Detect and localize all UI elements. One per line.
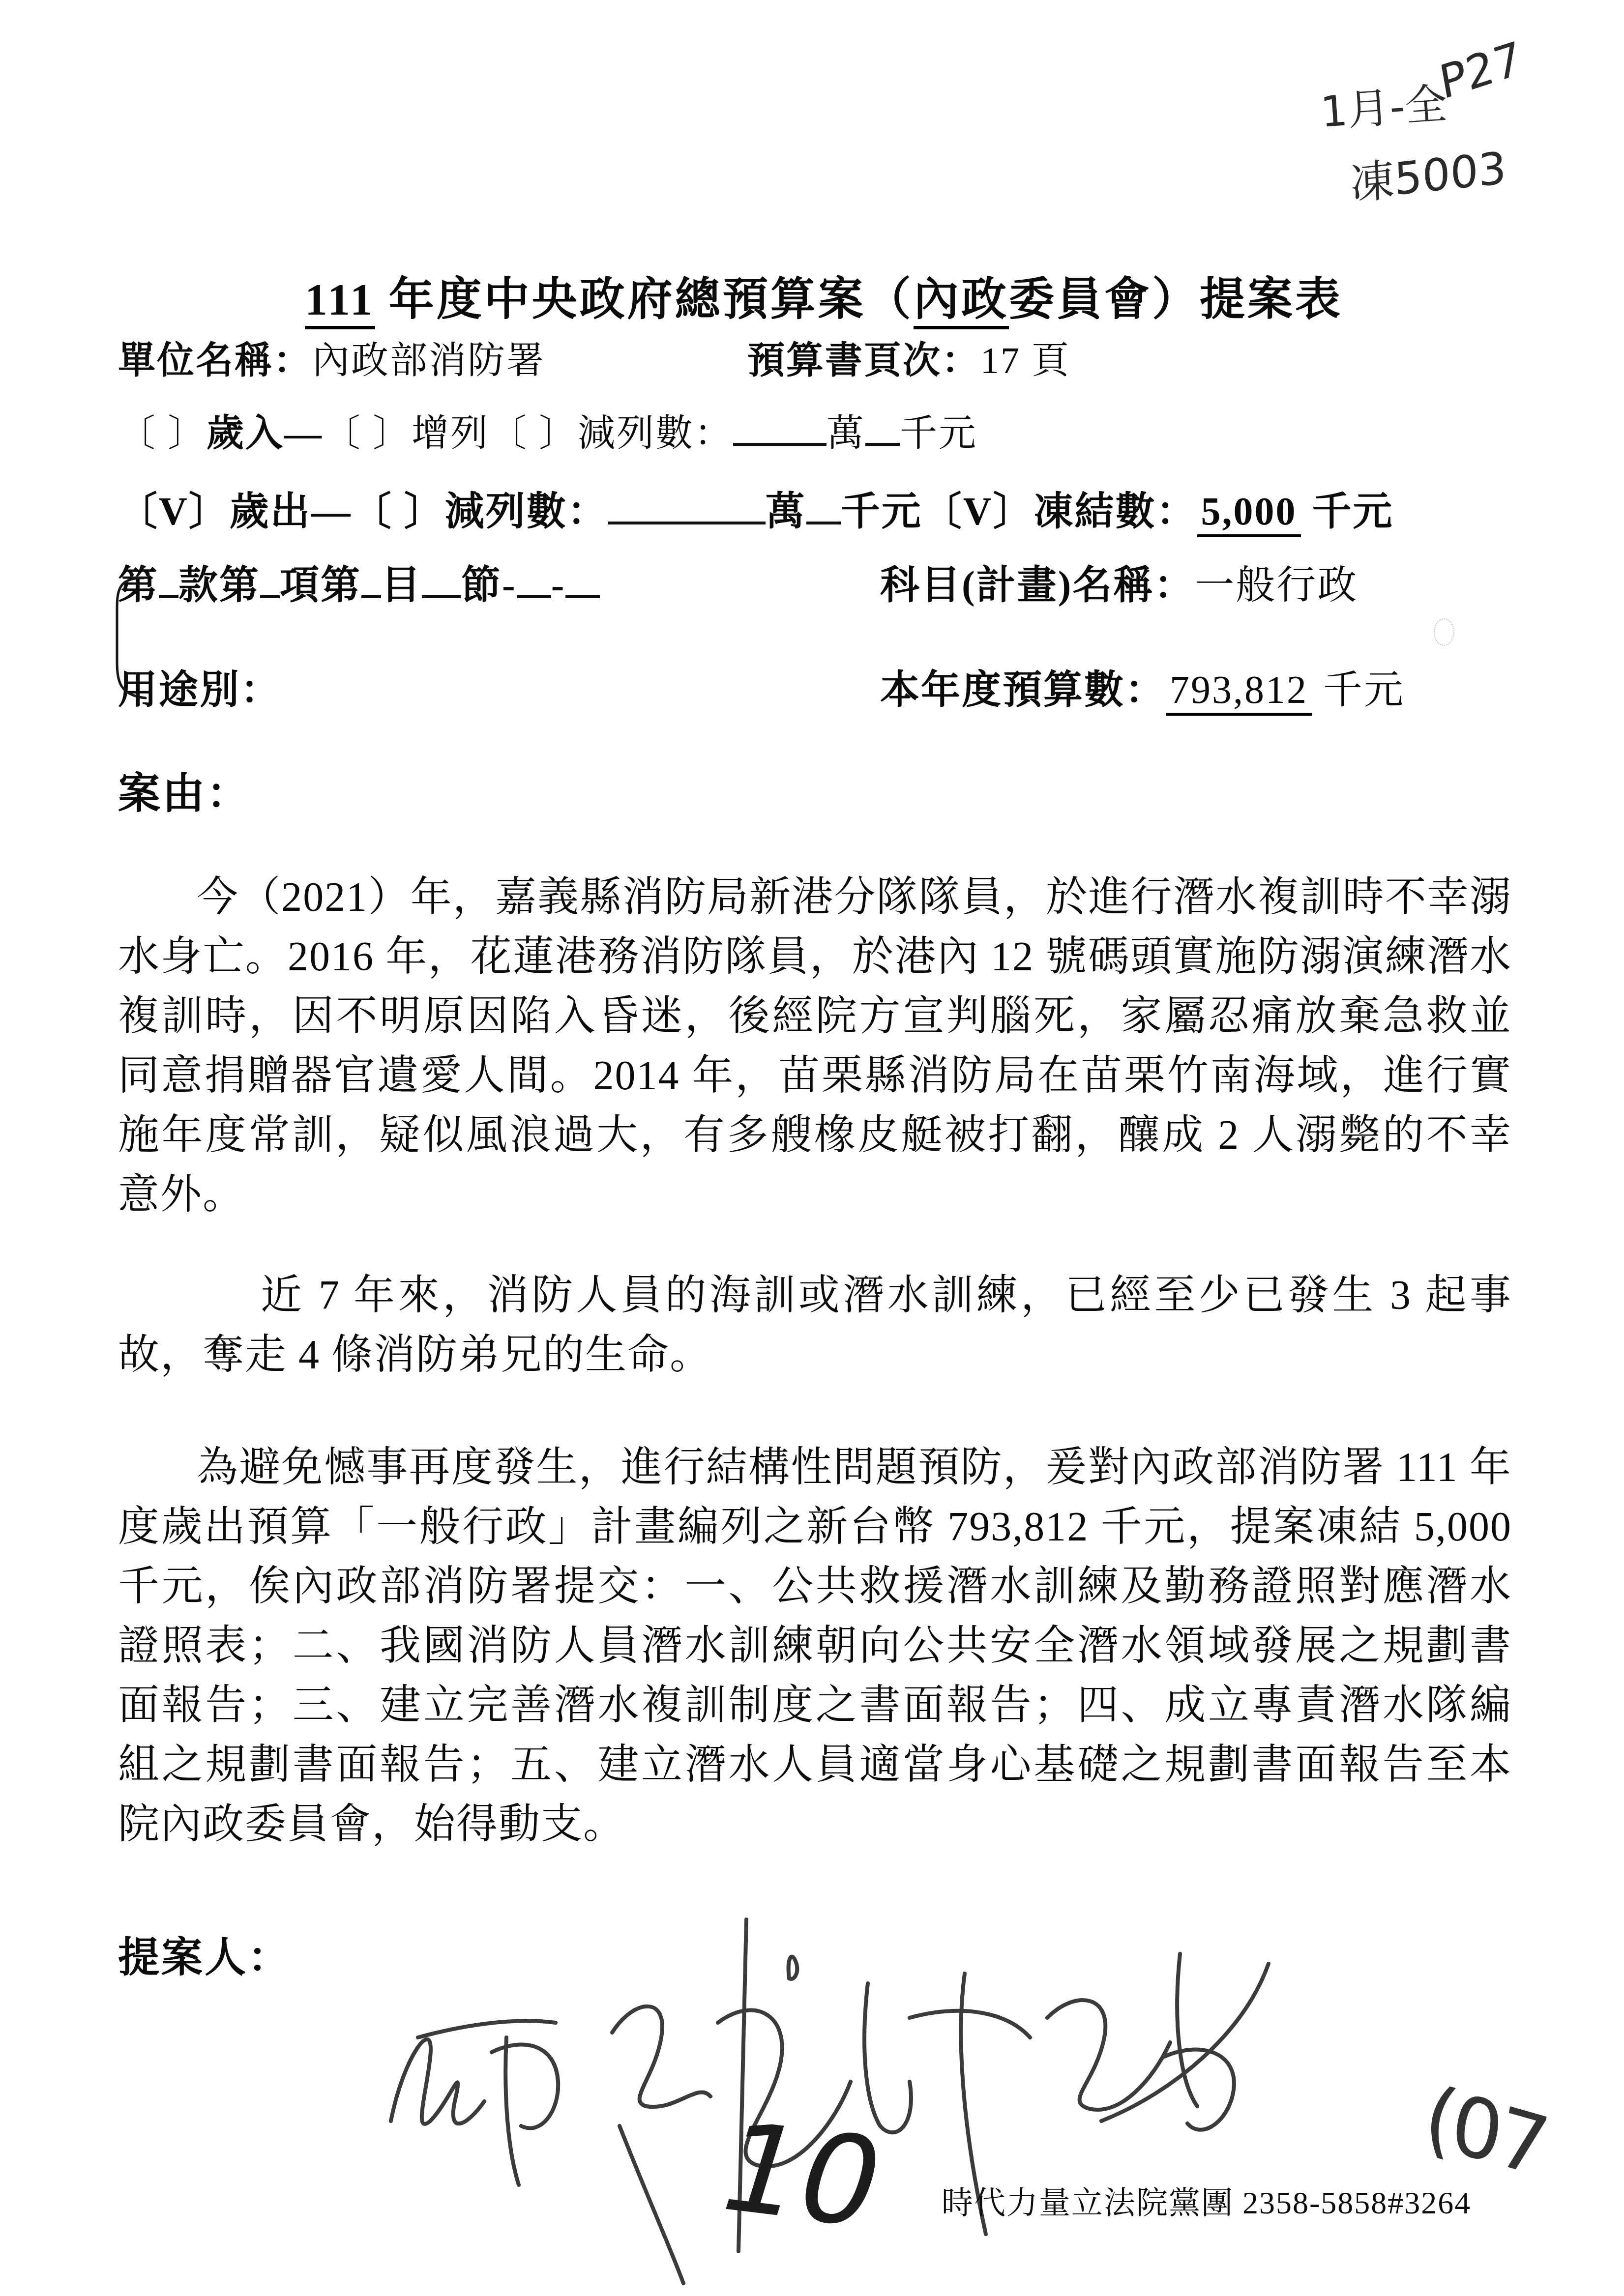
title-committee: 內政: [914, 274, 1009, 329]
item-blank-1: [159, 574, 178, 598]
unit-name-label: 單位名稱：: [118, 340, 312, 381]
budget-amount-value: 793,812: [1166, 668, 1312, 716]
scan-smudge-artifact: [1434, 618, 1454, 646]
expenditure-label: 歲出—: [230, 490, 352, 533]
item-blank-6: [565, 574, 600, 598]
case-label: 案由：: [118, 759, 251, 820]
case-paragraph-2: 近 7 年來，消防人員的海訓或潛水訓練，已經至少已發生 3 起事故，奪走 4 條…: [118, 1266, 1512, 1385]
revenue-amount-blank-2: [865, 422, 900, 446]
budget-amount-unit: 千元: [1323, 668, 1405, 712]
expenditure-unit-wan: 萬: [766, 490, 806, 533]
subject-line: 科目(計畫)名稱：一般行政: [880, 553, 1358, 610]
item-seg-jie: 目: [381, 564, 422, 607]
scanned-budget-proposal-form: 1月-全 P27 凍5003 111 年度中央政府總預算案（內政委員會）提案表 …: [0, 0, 1624, 2296]
revenue-add-label: 增列: [412, 413, 489, 454]
handwritten-note-page-ref: P27: [1436, 31, 1526, 110]
item-blank-3: [361, 574, 381, 598]
title-tail: 委員會）提案表: [1009, 274, 1343, 324]
document-title: 111 年度中央政府總預算案（內政委員會）提案表: [305, 263, 1343, 328]
handwritten-corner-mark: (07: [1417, 2067, 1552, 2195]
budget-book-page-value: 17 頁: [980, 340, 1070, 381]
expenditure-checkbox-checked: 〔V〕: [118, 490, 230, 533]
unit-name-value: 內政部消防署: [312, 340, 545, 381]
revenue-unit-qianyuan: 千元: [900, 413, 977, 454]
revenue-add-checkbox: 〔 〕: [323, 413, 412, 454]
subject-label: 科目(計畫)名稱：: [880, 564, 1195, 607]
budget-book-page-line: 預算書頁次：17 頁: [747, 330, 1070, 384]
item-blank-4: [422, 574, 461, 598]
revenue-checkbox: 〔 〕: [118, 413, 207, 454]
left-brace-mark: [104, 574, 148, 702]
item-number-line: 第款第項第目節--: [118, 553, 600, 610]
footer-text: 時代力量立法院黨團 2358-5858#3264: [942, 2178, 1471, 2223]
revenue-unit-wan: 萬: [827, 413, 865, 454]
freeze-amount-value: 5,000: [1197, 490, 1301, 537]
proposer-label: 提案人：: [118, 1924, 291, 1984]
revenue-label: 歲入—: [207, 413, 323, 454]
item-seg-xiang: 款第: [178, 564, 260, 607]
item-seg-dash2: -: [551, 564, 566, 607]
case-paragraph-3: 為避免憾事再度發生，進行結構性問題預防，爰對內政部消防署 111 年度歲出預算「…: [118, 1438, 1512, 1854]
freeze-unit: 千元: [1312, 490, 1394, 533]
handwritten-note-freeze-amount: 凍5003: [1349, 132, 1507, 212]
item-seg-mu: 項第: [280, 564, 361, 607]
expenditure-unit-qianyuan: 千元: [841, 490, 922, 533]
expenditure-cut-label: 減列數：: [445, 490, 608, 533]
title-year: 111: [305, 274, 375, 329]
item-blank-5: [517, 574, 551, 598]
subject-value: 一般行政: [1195, 564, 1358, 607]
expenditure-amount-blank-2: [806, 500, 841, 524]
title-mid: 年度中央政府總預算案（: [375, 274, 914, 324]
revenue-row: 〔 〕歲入—〔 〕增列〔 〕減列數：萬千元: [118, 403, 977, 457]
budget-book-page-label: 預算書頁次：: [747, 340, 980, 381]
freeze-checkbox-checked: 〔V〕: [922, 490, 1034, 533]
expenditure-cut-checkbox: 〔 〕: [352, 490, 445, 533]
revenue-cut-label: 減列數：: [578, 413, 733, 454]
freeze-label: 凍結數：: [1034, 490, 1197, 533]
item-seg-dash1: 節-: [461, 564, 517, 607]
expenditure-amount-blank: [608, 500, 766, 524]
revenue-amount-blank: [733, 422, 827, 446]
case-paragraph-1: 今（2021）年，嘉義縣消防局新港分隊隊員，於進行潛水複訓時不幸溺水身亡。201…: [118, 868, 1512, 1224]
budget-amount-label: 本年度預算數：: [880, 668, 1166, 712]
item-blank-2: [260, 574, 280, 598]
handwritten-note-topright-line1: 1月-全: [1318, 69, 1449, 139]
unit-name-line: 單位名稱：內政部消防署: [118, 330, 545, 384]
budget-amount-line: 本年度預算數：793,812 千元: [880, 658, 1405, 714]
revenue-cut-checkbox: 〔 〕: [489, 413, 578, 454]
expenditure-row: 〔V〕歲出—〔 〕減列數：萬千元〔V〕凍結數：5,000 千元: [118, 479, 1394, 536]
